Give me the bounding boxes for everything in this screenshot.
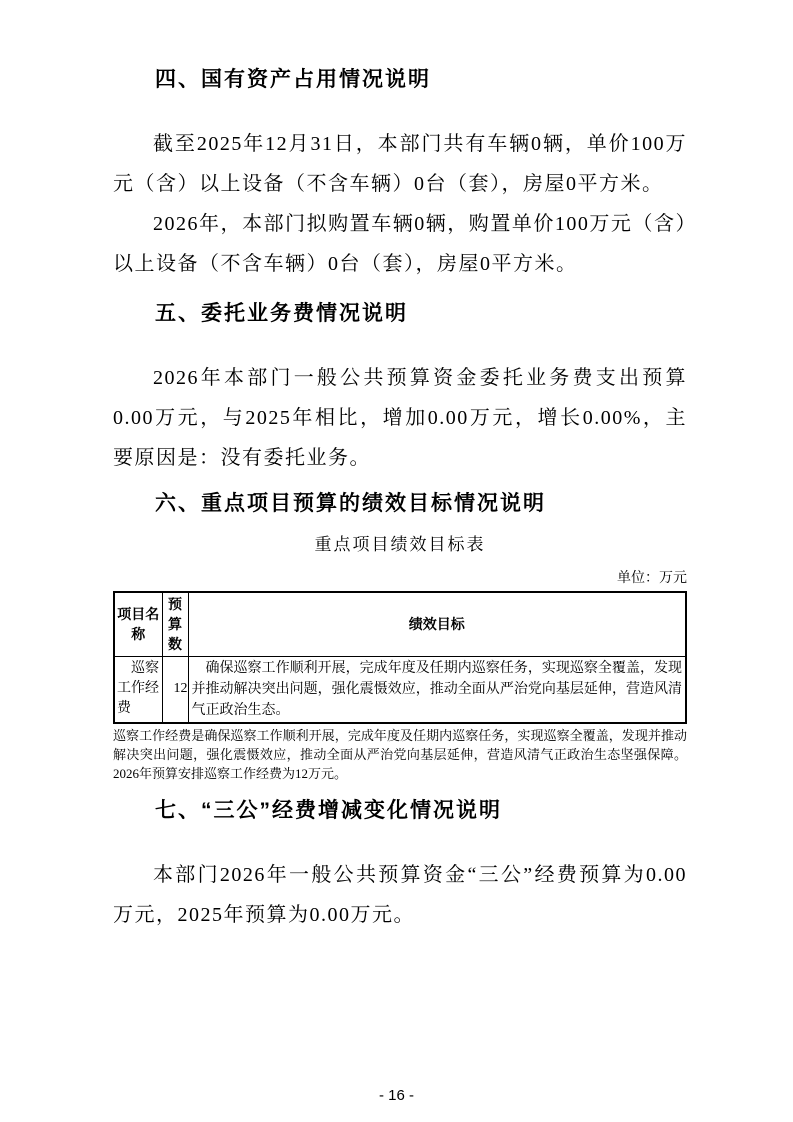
- section-heading-entrusted-services: 五、委托业务费情况说明: [155, 300, 687, 328]
- column-header-goal: 绩效目标: [188, 592, 686, 656]
- column-header-project-name: 项目名称: [114, 592, 162, 656]
- section-heading-state-assets: 四、国有资产占用情况说明: [155, 66, 687, 94]
- cell-goal: 确保巡察工作顺利开展，完成年度及任期内巡察任务，实现巡察全覆盖，发现并推动解决突…: [188, 656, 686, 723]
- section-heading-performance-goals: 六、重点项目预算的绩效目标情况说明: [155, 490, 687, 518]
- paragraph-assets-current: 截至2025年12月31日，本部门共有车辆0辆，单价100万元（含）以上设备（不…: [113, 124, 687, 204]
- table-header-row: 项目名称 预算数 绩效目标: [114, 592, 686, 656]
- cell-project-name: 巡察工作经费: [114, 656, 162, 723]
- page-number: - 16 -: [0, 1087, 793, 1104]
- performance-table-title: 重点项目绩效目标表: [113, 534, 687, 556]
- performance-table: 项目名称 预算数 绩效目标 巡察工作经费 12 确保巡察工作顺利开展，完成年度及…: [113, 591, 687, 724]
- table-unit-label: 单位：万元: [113, 570, 687, 588]
- cell-budget: 12: [162, 656, 188, 723]
- paragraph-three-public-funds: 本部门2026年一般公共预算资金“三公”经费预算为0.00万元，2025年预算为…: [113, 855, 687, 935]
- table-row: 巡察工作经费 12 确保巡察工作顺利开展，完成年度及任期内巡察任务，实现巡察全覆…: [114, 656, 686, 723]
- section-heading-three-public-funds: 七、“三公”经费增减变化情况说明: [155, 797, 687, 825]
- paragraph-assets-planned: 2026年，本部门拟购置车辆0辆，购置单价100万元（含）以上设备（不含车辆）0…: [113, 204, 687, 284]
- table-footnote: 巡察工作经费是确保巡察工作顺利开展，完成年度及任期内巡察任务，实现巡察全覆盖，发…: [113, 726, 687, 783]
- column-header-budget: 预算数: [162, 592, 188, 656]
- paragraph-entrusted-services: 2026年本部门一般公共预算资金委托业务费支出预算0.00万元，与2025年相比…: [113, 358, 687, 478]
- document-page: 四、国有资产占用情况说明 截至2025年12月31日，本部门共有车辆0辆，单价1…: [0, 0, 793, 1122]
